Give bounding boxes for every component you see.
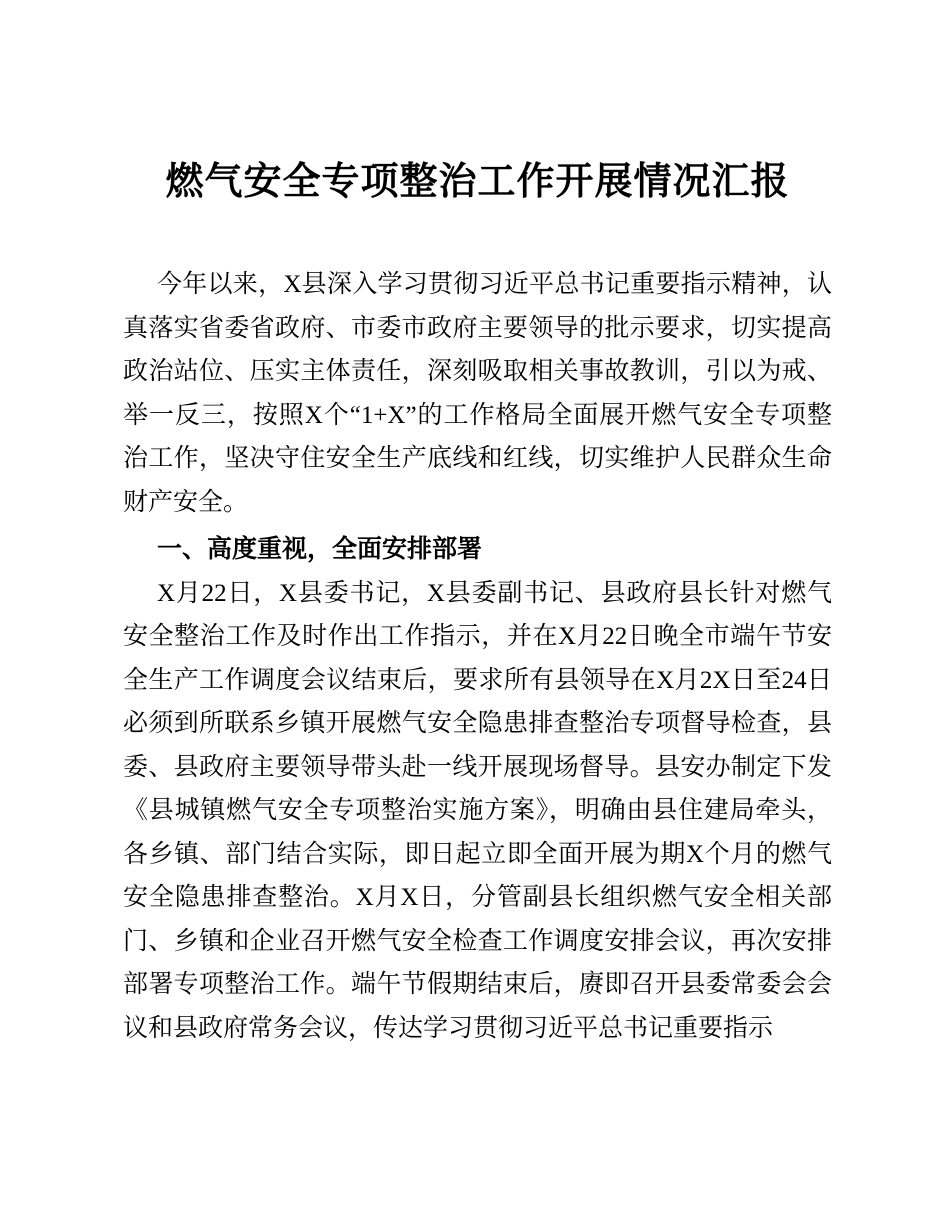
intro-paragraph: 今年以来，X县深入学习贯彻习近平总书记重要指示精神，认真落实省委省政府、市委市政… [123,263,832,524]
section-1-paragraph: X月22日，X县委书记，X县委副书记、县政府县长针对燃气安全整治工作及时作出工作… [123,572,832,1051]
document-page: 燃气安全专项整治工作开展情况汇报 今年以来，X县深入学习贯彻习近平总书记重要指示… [0,0,950,1230]
document-title: 燃气安全专项整治工作开展情况汇报 [123,155,832,210]
section-1-heading: 一、高度重视，全面安排部署 [123,528,832,572]
